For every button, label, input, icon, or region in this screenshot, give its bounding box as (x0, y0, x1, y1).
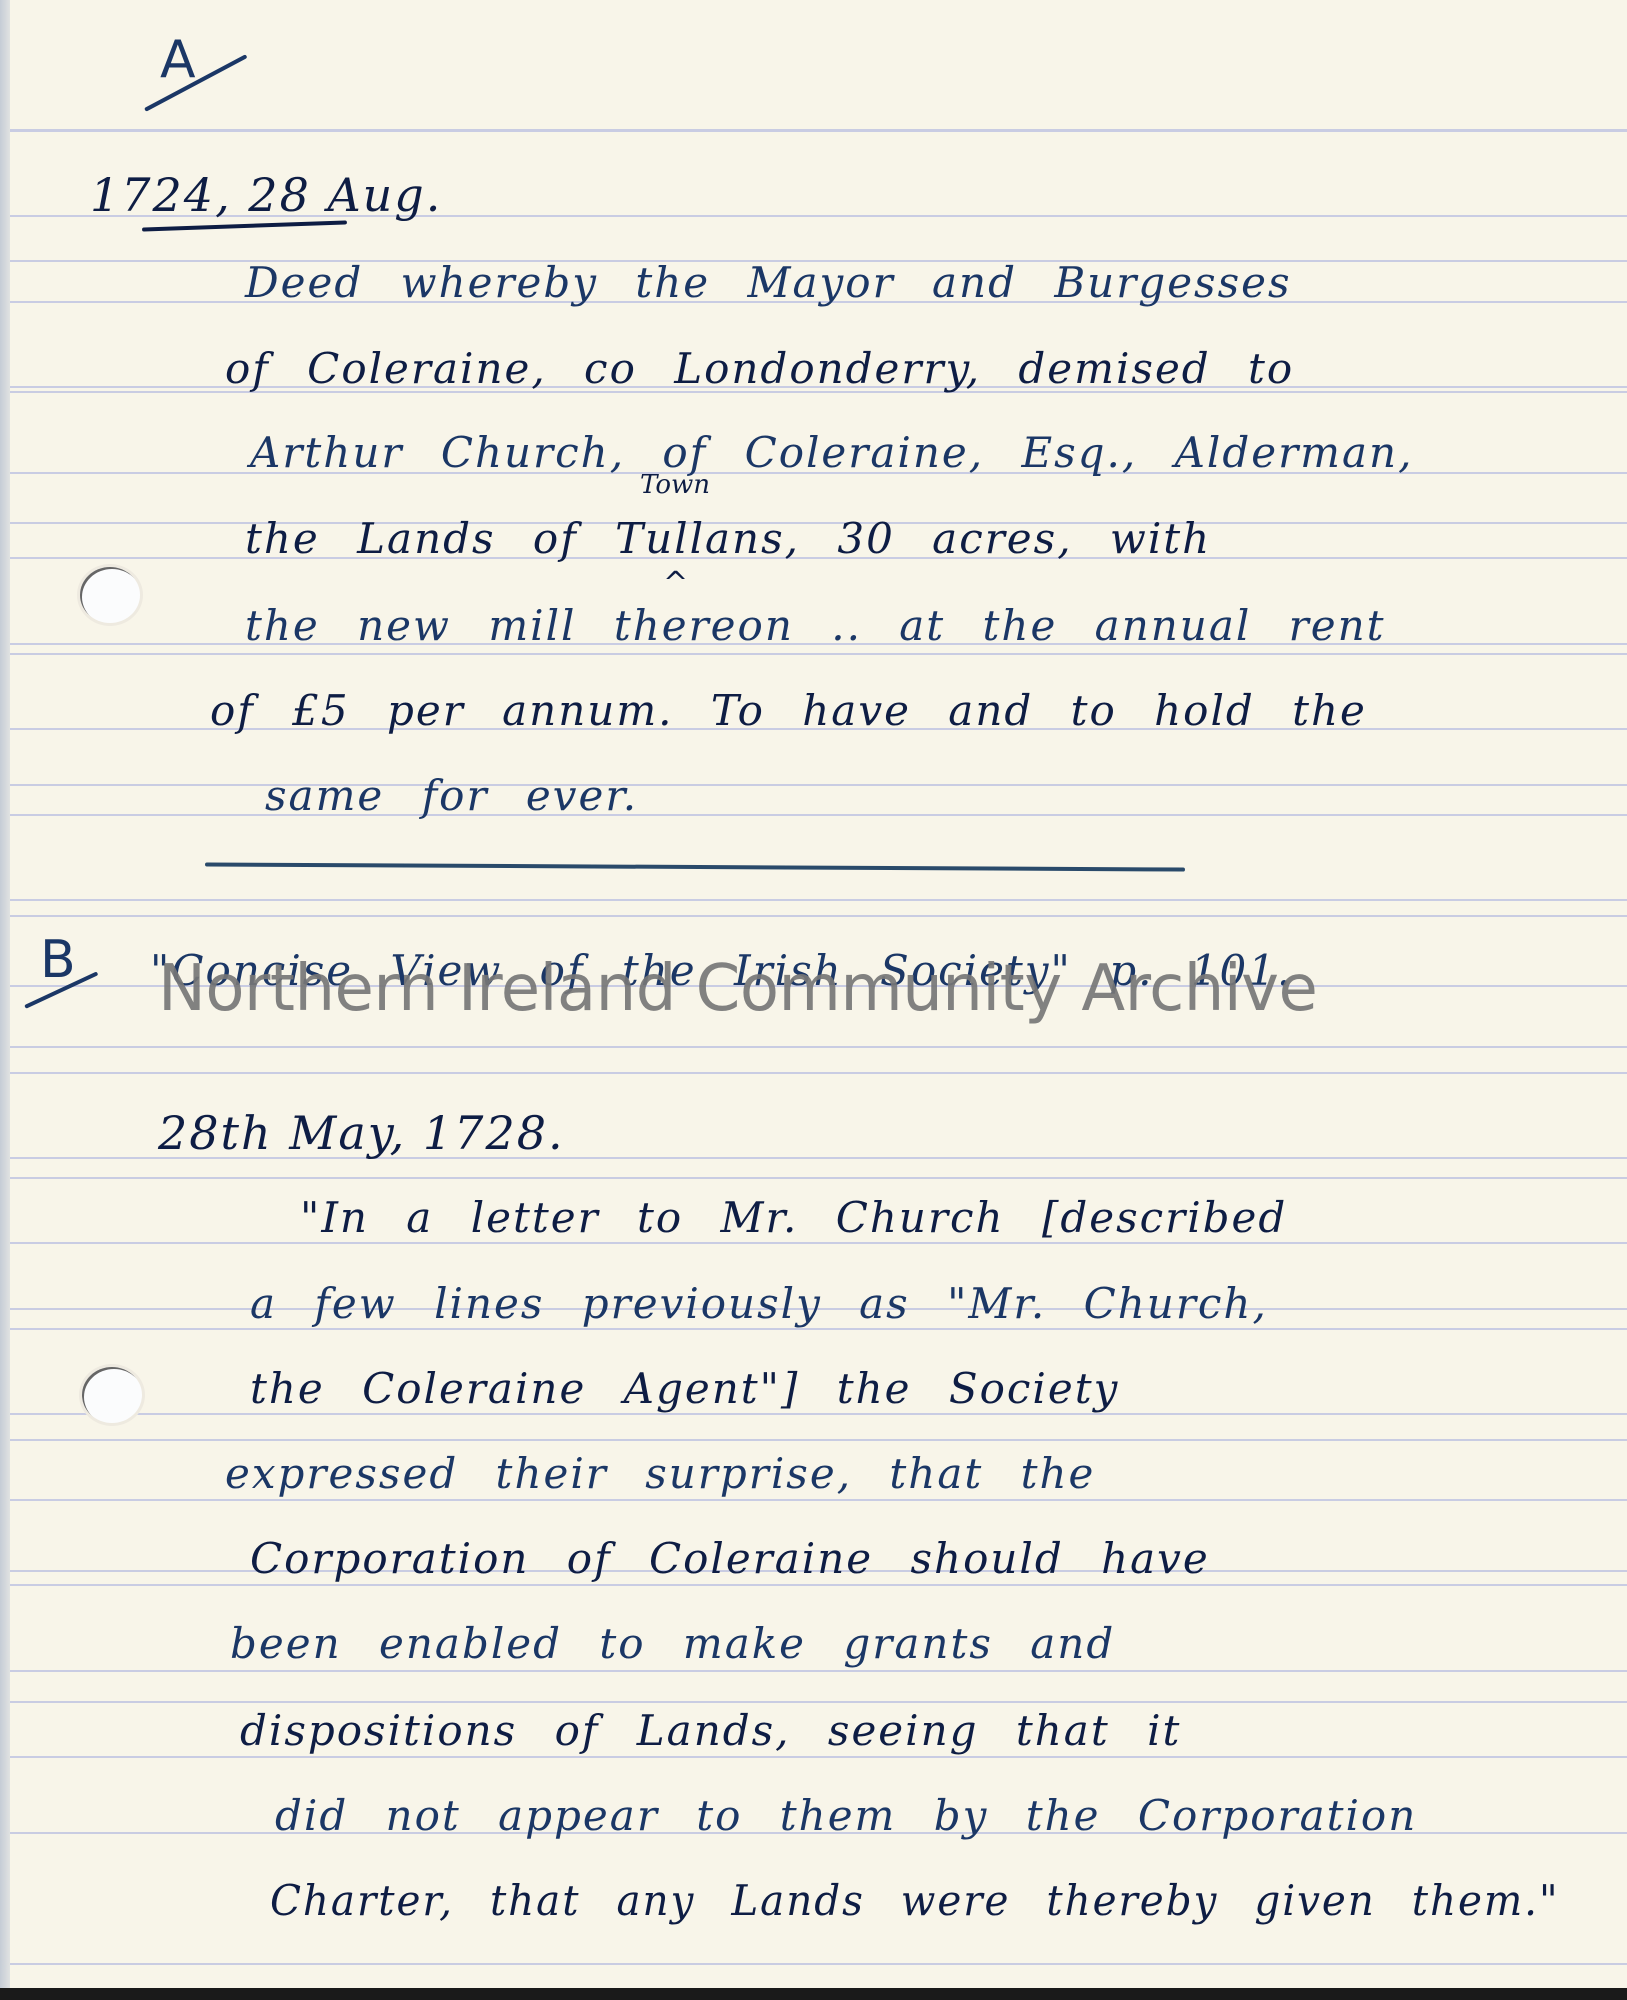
rule-line (10, 1328, 1627, 1330)
rule-line (10, 1413, 1627, 1415)
quote-line-1: "In a letter to Mr. Church [described (300, 1197, 1287, 1239)
deed-line-6: of £5 per annum. To have and to hold the (210, 690, 1367, 732)
rule-line (10, 814, 1627, 816)
archive-watermark: Northern Ireland Community Archive (158, 952, 1317, 1026)
paper-bottom-edge (0, 1988, 1627, 2000)
rule-line (10, 1584, 1627, 1586)
deed-line-1: Deed whereby the Mayor and Burgesses (245, 262, 1292, 304)
deed-line-5: the new mill thereon .. at the annual re… (245, 605, 1386, 647)
rule-line (10, 1072, 1627, 1074)
deed-line-3: Arthur Church, of Coleraine, Esq., Alder… (250, 432, 1413, 474)
section-a-label: A (160, 30, 196, 90)
deed-line-2: of Coleraine, co Londonderry, demised to (225, 348, 1294, 390)
rule-line (10, 1499, 1627, 1501)
rule-line (10, 899, 1627, 901)
punch-hole-top (80, 567, 140, 623)
quote-line-8: did not appear to them by the Corporatio… (275, 1795, 1417, 1837)
quote-line-9: Charter, that any Lands were thereby giv… (270, 1880, 1560, 1922)
section-b-label: B (40, 930, 76, 990)
rule-line (10, 130, 1627, 132)
punch-hole-bottom (82, 1367, 142, 1423)
rule-line (10, 1670, 1627, 1672)
quote-line-2: a few lines previously as "Mr. Church, (250, 1283, 1268, 1325)
quote-line-3: the Coleraine Agent"] the Society (250, 1368, 1119, 1410)
quote-line-4: expressed their surprise, that the (225, 1453, 1095, 1495)
quote-line-6: been enabled to make grants and (230, 1623, 1115, 1665)
rule-line (10, 1756, 1627, 1758)
quote-line-5: Corporation of Coleraine should have (250, 1538, 1210, 1580)
section-b-date: 28th May, 1728. (158, 1110, 565, 1156)
section-a-date: 1724, 28 Aug. (90, 172, 442, 218)
rule-line (10, 1242, 1627, 1244)
quote-line-7: dispositions of Lands, seeing that it (240, 1710, 1181, 1752)
insertion-town: Town (640, 470, 710, 500)
deed-line-7: same for ever. (265, 775, 638, 817)
insertion-caret: ^ (663, 566, 688, 601)
deed-line-4: the Lands of Tullans, 30 acres, with (245, 518, 1211, 560)
